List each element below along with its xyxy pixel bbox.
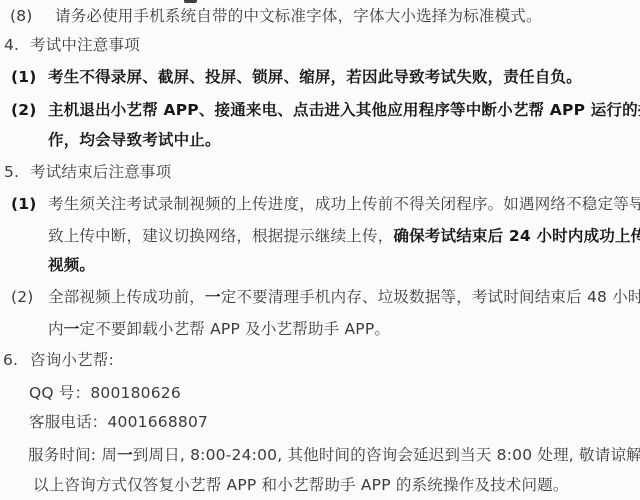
text-segment: 确保考试结束后 24 小时内成功上传 <box>393 227 640 245</box>
text-segment: 一 <box>64 320 80 338</box>
text-segment: 作，均会导致考试中止。 <box>48 131 221 149</box>
text-line: (2)主机退出小艺帮 APP、接通来电、点击进入其他应用程序等中断小艺帮 APP… <box>0 100 640 121</box>
text-line: 视频。 <box>0 255 640 276</box>
text-segment: 考生须关注考试录制视频的上传进度，成功上传前不得关闭程序。如遇网络不稳定等导 <box>48 195 640 213</box>
line-text: 视频。 <box>48 255 95 276</box>
text-line: 服务时间: 周一到周日, 8:00-24:00, 其他时间的咨询会延迟到当天 8… <box>0 445 640 466</box>
text-segment: QQ 号：800180626 <box>29 384 181 402</box>
line-text: 客服电话：4001668807 <box>29 412 208 433</box>
text-line: (1)考生须关注考试录制视频的上传进度，成功上传前不得关闭程序。如遇网络不稳定等… <box>0 194 640 215</box>
line-text: 请务必使用手机系统自带的中文标准字体，字体大小选择为标准模式。 <box>55 6 542 27</box>
text-line: 作，均会导致考试中止。 <box>0 130 640 151</box>
list-marker: 4. <box>4 35 19 56</box>
text-line: 以上咨询方式仅答复小艺帮 APP 和小艺帮助手 APP 的系统操作及技术问题。 <box>0 475 640 496</box>
list-marker: (1) <box>11 194 37 215</box>
text-segment: 主机退出小艺帮 APP、接通来电、点击进入其他应用程序等中断小艺帮 APP 运行… <box>48 101 640 119</box>
text-segment: 考试中注意事项 <box>30 36 140 54</box>
text-segment: 考试结束后注意事项 <box>30 163 171 181</box>
text-segment: 定不要卸载小艺帮 APP 及小艺帮助手 APP。 <box>79 320 390 338</box>
line-text: 内一定不要卸载小艺帮 APP 及小艺帮助手 APP。 <box>48 319 390 340</box>
line-text: 致上传中断，建议切换网络，根据提示继续上传，确保考试结束后 24 小时内成功上传 <box>48 226 640 247</box>
text-segment: 一 <box>117 446 133 464</box>
list-marker: (8) <box>10 6 33 27</box>
line-text: 考生不得录屏、截屏、投屏、锁屏、缩屏，若因此导致考试失败，责任自负。 <box>48 67 582 88</box>
text-segment: 服务时间: 周 <box>28 446 117 464</box>
text-line: 6.咨询小艺帮: <box>0 350 640 371</box>
line-text: 考生须关注考试录制视频的上传进度，成功上传前不得关闭程序。如遇网络不稳定等导 <box>48 194 640 215</box>
list-marker: (2) <box>11 100 37 121</box>
list-marker: 6. <box>3 350 18 371</box>
line-text: 考试结束后注意事项 <box>30 162 171 183</box>
text-segment: 请务必使用手机系统自带的中文标准字体，字体大小选择为标准模式。 <box>55 7 542 25</box>
list-marker: 5. <box>4 162 19 183</box>
line-text: 服务时间: 周一到周日, 8:00-24:00, 其他时间的咨询会延迟到当天 8… <box>28 445 640 466</box>
cutoff-character-fragment <box>184 0 197 3</box>
text-line: QQ 号：800180626 <box>0 383 640 404</box>
text-line: (2)全部视频上传成功前，一定不要清理手机内存、垃圾数据等，考试时间结束后 48… <box>0 287 640 308</box>
list-marker: (1) <box>11 67 37 88</box>
line-text: 主机退出小艺帮 APP、接通来电、点击进入其他应用程序等中断小艺帮 APP 运行… <box>48 100 640 121</box>
text-segment: 一 <box>205 288 221 306</box>
text-line: (1)考生不得录屏、截屏、投屏、锁屏、缩屏，若因此导致考试失败，责任自负。 <box>0 67 640 88</box>
text-segment: 客服电话：4001668807 <box>29 413 208 431</box>
text-segment: 到周日, 8:00-24:00, 其他时间的咨询会延迟到当天 8:00 处理, … <box>133 446 640 464</box>
text-line: 致上传中断，建议切换网络，根据提示继续上传，确保考试结束后 24 小时内成功上传 <box>0 226 640 247</box>
text-segment: 内 <box>48 320 64 338</box>
text-segment: 定不要清理手机内存、垃圾数据等，考试时间结束后 48 小时 <box>221 288 640 306</box>
text-segment: 全部视频上传成功前， <box>48 288 205 306</box>
line-text: 以上咨询方式仅答复小艺帮 APP 和小艺帮助手 APP 的系统操作及技术问题。 <box>33 475 569 496</box>
text-line: 4.考试中注意事项 <box>0 35 640 56</box>
text-segment: 咨询小艺帮: <box>30 351 114 369</box>
list-marker: (2) <box>11 287 34 308</box>
text-line: 客服电话：4001668807 <box>0 412 640 433</box>
text-segment: 致上传中断，建议切换网络，根据提示继续上传， <box>48 227 393 245</box>
line-text: 全部视频上传成功前，一定不要清理手机内存、垃圾数据等，考试时间结束后 48 小时 <box>48 287 640 308</box>
text-segment: 视频。 <box>48 256 95 274</box>
text-line: 内一定不要卸载小艺帮 APP 及小艺帮助手 APP。 <box>0 319 640 340</box>
notice-document-page: (8)请务必使用手机系统自带的中文标准字体，字体大小选择为标准模式。4.考试中注… <box>0 0 640 500</box>
text-line: (8)请务必使用手机系统自带的中文标准字体，字体大小选择为标准模式。 <box>0 6 640 27</box>
text-segment: 以上咨询方式仅答复小艺帮 APP 和小艺帮助手 APP 的系统操作及技术问题。 <box>33 476 569 494</box>
line-text: 考试中注意事项 <box>30 35 140 56</box>
text-segment: 考生不得录屏、截屏、投屏、锁屏、缩屏，若因此导致考试失败，责任自负。 <box>48 68 582 86</box>
text-line: 5.考试结束后注意事项 <box>0 162 640 183</box>
line-text: 咨询小艺帮: <box>30 350 114 371</box>
line-text: 作，均会导致考试中止。 <box>48 130 221 151</box>
line-text: QQ 号：800180626 <box>29 383 181 404</box>
